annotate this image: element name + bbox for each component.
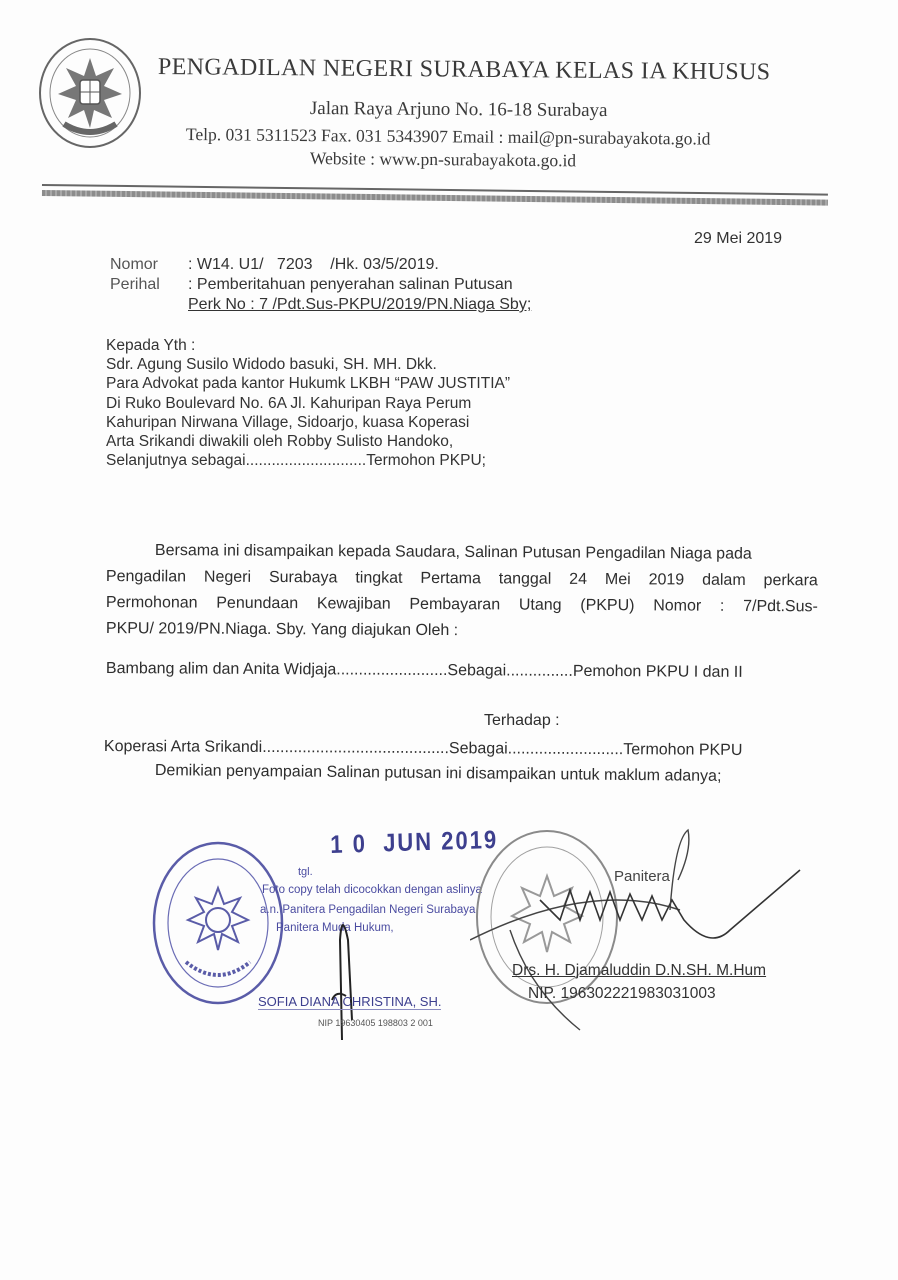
body-word: Penundaan <box>216 595 298 613</box>
court-contact: Telp. 031 5311523 Fax. 031 5343907 Email… <box>186 124 711 150</box>
case-number: Perk No : 7 /Pdt.Sus-PKPU/2019/PN.Niaga … <box>188 296 531 314</box>
closing-sentence: Demikian penyampaian Salinan putusan ini… <box>155 762 722 786</box>
clerk-name: SOFIA DIANA CHRISTINA, SH. <box>258 994 441 1010</box>
body-word: Kewajiban <box>317 595 391 613</box>
body-word: Pengadilan <box>106 568 186 586</box>
signature-icon <box>470 820 830 1040</box>
respondent-role: Termohon PKPU <box>623 741 742 760</box>
party-applicant-line: Bambang alim dan Anita Widjaja .........… <box>106 660 812 682</box>
body-word: Mei <box>605 571 631 589</box>
body-paragraph-line: PengadilanNegeriSurabayatingkatPertamata… <box>106 568 818 590</box>
applicant-role: Pemohon PKPU I dan II <box>573 663 743 682</box>
perihal-label: Perihal <box>110 276 160 294</box>
applicant-name: Bambang alim dan Anita Widjaja <box>106 660 336 679</box>
court-emblem-icon <box>36 36 144 150</box>
stamp-certification-text: Foto copy telah dicocokkan dengan asliny… <box>262 884 482 896</box>
body-word: Permohonan <box>106 594 198 613</box>
letter-date: 29 Mei 2019 <box>694 230 782 248</box>
body-word: 24 <box>569 571 587 589</box>
body-paragraph-line: Bersama ini disampaikan kepada Saudara, … <box>155 542 752 564</box>
recipient-line: Kepada Yth : <box>106 336 510 355</box>
signatory-nip: NIP. 196302221983031003 <box>528 985 716 1003</box>
body-word: Negeri <box>204 569 251 587</box>
body-word: 7/Pdt.Sus- <box>743 598 818 616</box>
body-paragraph-line: PKPU/ 2019/PN.Niaga. Sby. Yang diajukan … <box>106 620 458 640</box>
court-seal-stamp-icon <box>150 838 286 1008</box>
recipient-role-line: Selanjutnya sebagai.....................… <box>106 451 510 470</box>
clerk-nip: NIP 19630405 198803 2 001 <box>318 1018 433 1028</box>
body-word: Utang <box>519 597 562 615</box>
recipient-line: Arta Srikandi diwakili oleh Robby Sulist… <box>106 432 510 451</box>
body-paragraph-line: PermohonanPenundaanKewajibanPembayaranUt… <box>106 594 818 616</box>
nomor-label: Nomor <box>110 256 158 274</box>
court-address: Jalan Raya Arjuno No. 16-18 Surabaya <box>310 98 608 122</box>
body-word: Nomor <box>653 597 701 615</box>
perihal-row: Perihal : Pemberitahuan penyerahan salin… <box>110 276 610 296</box>
body-word: Pembayaran <box>409 596 500 615</box>
body-word: 2019 <box>649 571 685 589</box>
recipient-block: Kepada Yth : Sdr. Agung Susilo Widodo ba… <box>106 336 510 470</box>
recipient-line: Sdr. Agung Susilo Widodo basuki, SH. MH.… <box>106 355 510 374</box>
court-website: Website : www.pn-surabayakota.go.id <box>310 148 576 171</box>
body-word: Surabaya <box>269 569 338 587</box>
body-word: tingkat <box>355 570 402 588</box>
stamp-tgl-label: tgl. <box>298 866 313 878</box>
court-name-heading: PENGADILAN NEGERI SURABAYA KELAS IA KHUS… <box>158 54 771 86</box>
recipient-line: Kahuripan Nirwana Village, Sidoarjo, kua… <box>106 413 510 432</box>
body-word: perkara <box>764 572 818 590</box>
body-word: Pertama <box>420 570 481 588</box>
body-word: : <box>720 598 725 616</box>
perihal-value: : Pemberitahuan penyerahan salinan Putus… <box>188 276 513 294</box>
recipient-line: Di Ruko Boulevard No. 6A Jl. Kahuripan R… <box>106 394 510 413</box>
nomor-row: Nomor : W14. U1/ 7203 /Hk. 03/5/2019. <box>110 256 610 276</box>
body-word: (PKPU) <box>580 597 634 615</box>
signatory-name: Drs. H. Djamaluddin D.N.SH. M.Hum <box>512 962 766 980</box>
body-word: tanggal <box>499 570 552 588</box>
terhadap-label: Terhadap : <box>484 712 560 730</box>
respondent-name: Koperasi Arta Srikandi <box>104 738 262 757</box>
body-word: dalam <box>702 572 746 590</box>
recipient-line: Para Advokat pada kantor Hukumk LKBH “PA… <box>106 374 510 393</box>
party-respondent-line: Koperasi Arta Srikandi .................… <box>104 738 816 760</box>
nomor-value: : W14. U1/ 7203 /Hk. 03/5/2019. <box>188 256 439 274</box>
